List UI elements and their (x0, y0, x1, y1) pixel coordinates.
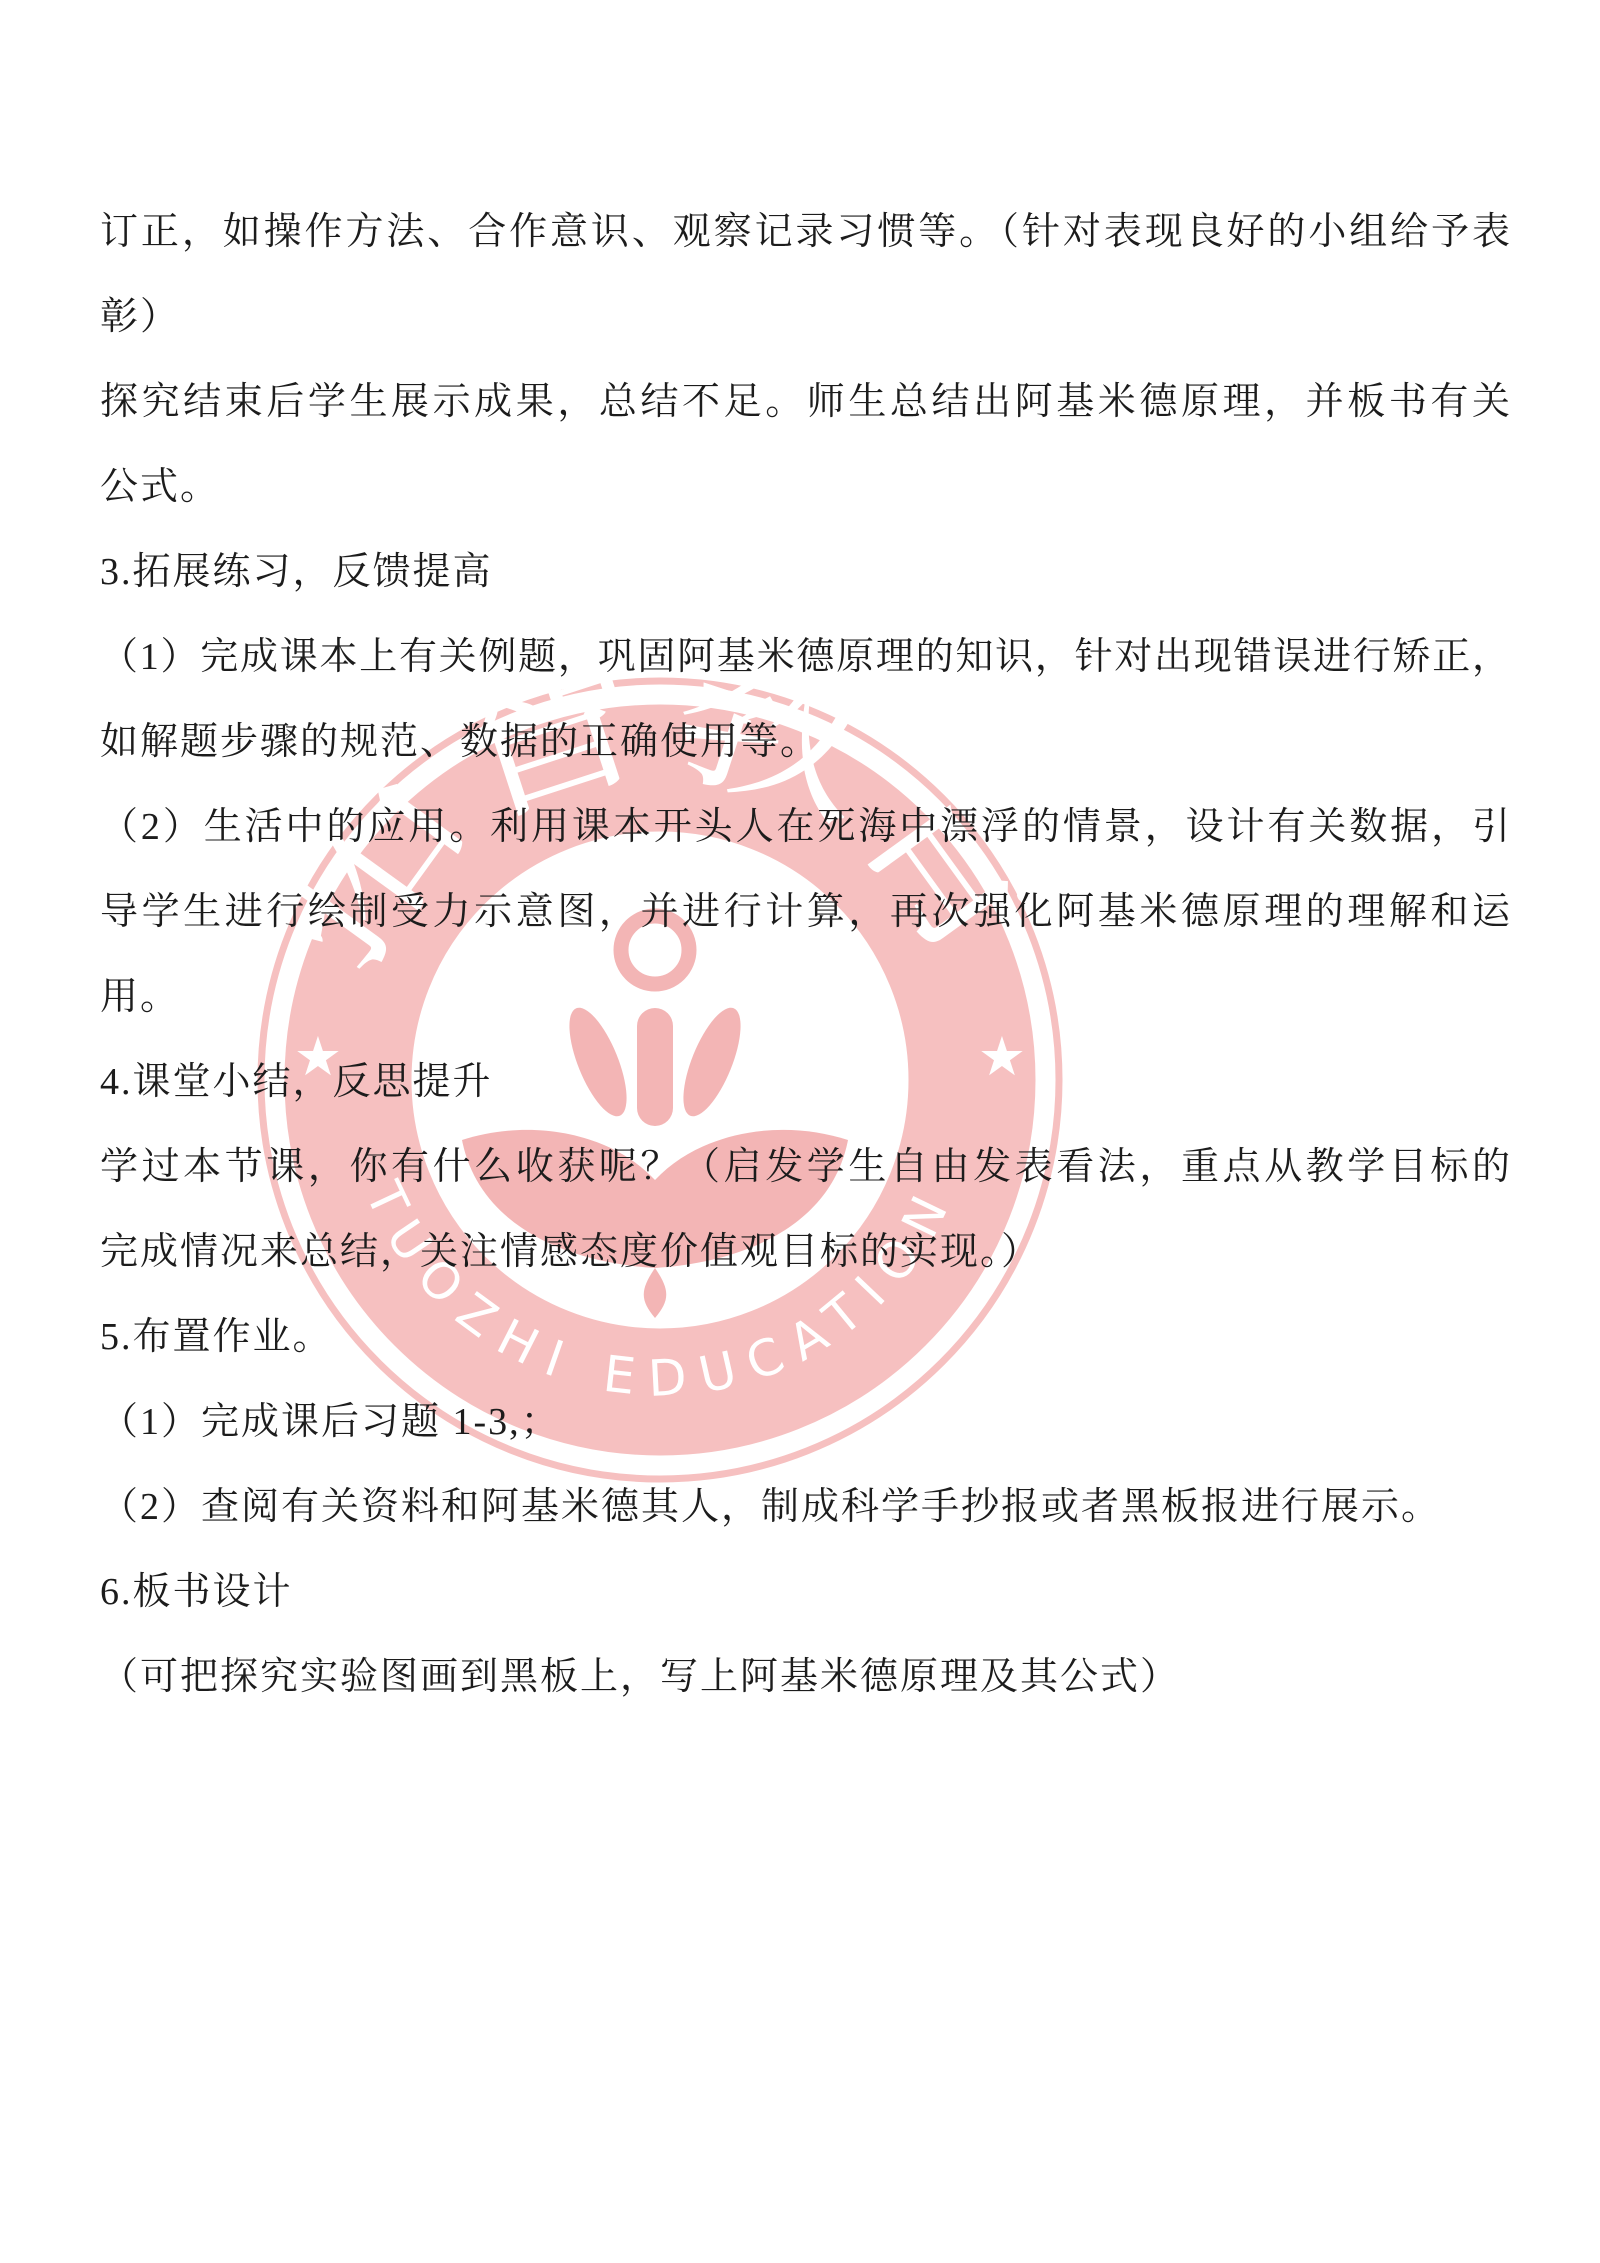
doc-line: 3.拓展练习，反馈提高 (100, 530, 1510, 615)
doc-line: 5.布置作业。 (100, 1295, 1510, 1380)
doc-line: 学过本节课，你有什么收获呢？（启发学生自由发表看法，重点从教学目标的 (100, 1125, 1510, 1210)
doc-line: 如解题步骤的规范、数据的正确使用等。 (100, 700, 1510, 785)
doc-line: （1）完成课后习题 1-3,； (100, 1380, 1510, 1465)
doc-line: 6.板书设计 (100, 1550, 1510, 1635)
doc-line: 用。 (100, 955, 1510, 1040)
doc-line: 探究结束后学生展示成果，总结不足。师生总结出阿基米德原理，并板书有关 (100, 360, 1510, 445)
doc-line: （1）完成课本上有关例题，巩固阿基米德原理的知识，针对出现错误进行矫正， (100, 615, 1510, 700)
doc-line: （2）查阅有关资料和阿基米德其人，制成科学手抄报或者黑板报进行展示。 (100, 1465, 1510, 1550)
doc-line: （2）生活中的应用。利用课本开头人在死海中漂浮的情景，设计有关数据，引 (100, 785, 1510, 870)
doc-line: 彰） (100, 275, 1510, 360)
doc-line: 4.课堂小结，反思提升 (100, 1040, 1510, 1125)
doc-line: 导学生进行绘制受力示意图，并进行计算，再次强化阿基米德原理的理解和运 (100, 870, 1510, 955)
document-page: ★ ★ 拓智教育 TUOZHI EDUCATION 订正，如操作方法、合作意识、… (0, 0, 1600, 2263)
document-body: 订正，如操作方法、合作意识、观察记录习惯等。（针对表现良好的小组给予表 彰） 探… (100, 190, 1510, 1720)
doc-line: 订正，如操作方法、合作意识、观察记录习惯等。（针对表现良好的小组给予表 (100, 190, 1510, 275)
doc-line: 完成情况来总结，关注情感态度价值观目标的实现。） (100, 1210, 1510, 1295)
doc-line: 公式。 (100, 445, 1510, 530)
doc-line: （可把探究实验图画到黑板上，写上阿基米德原理及其公式） (100, 1635, 1510, 1720)
